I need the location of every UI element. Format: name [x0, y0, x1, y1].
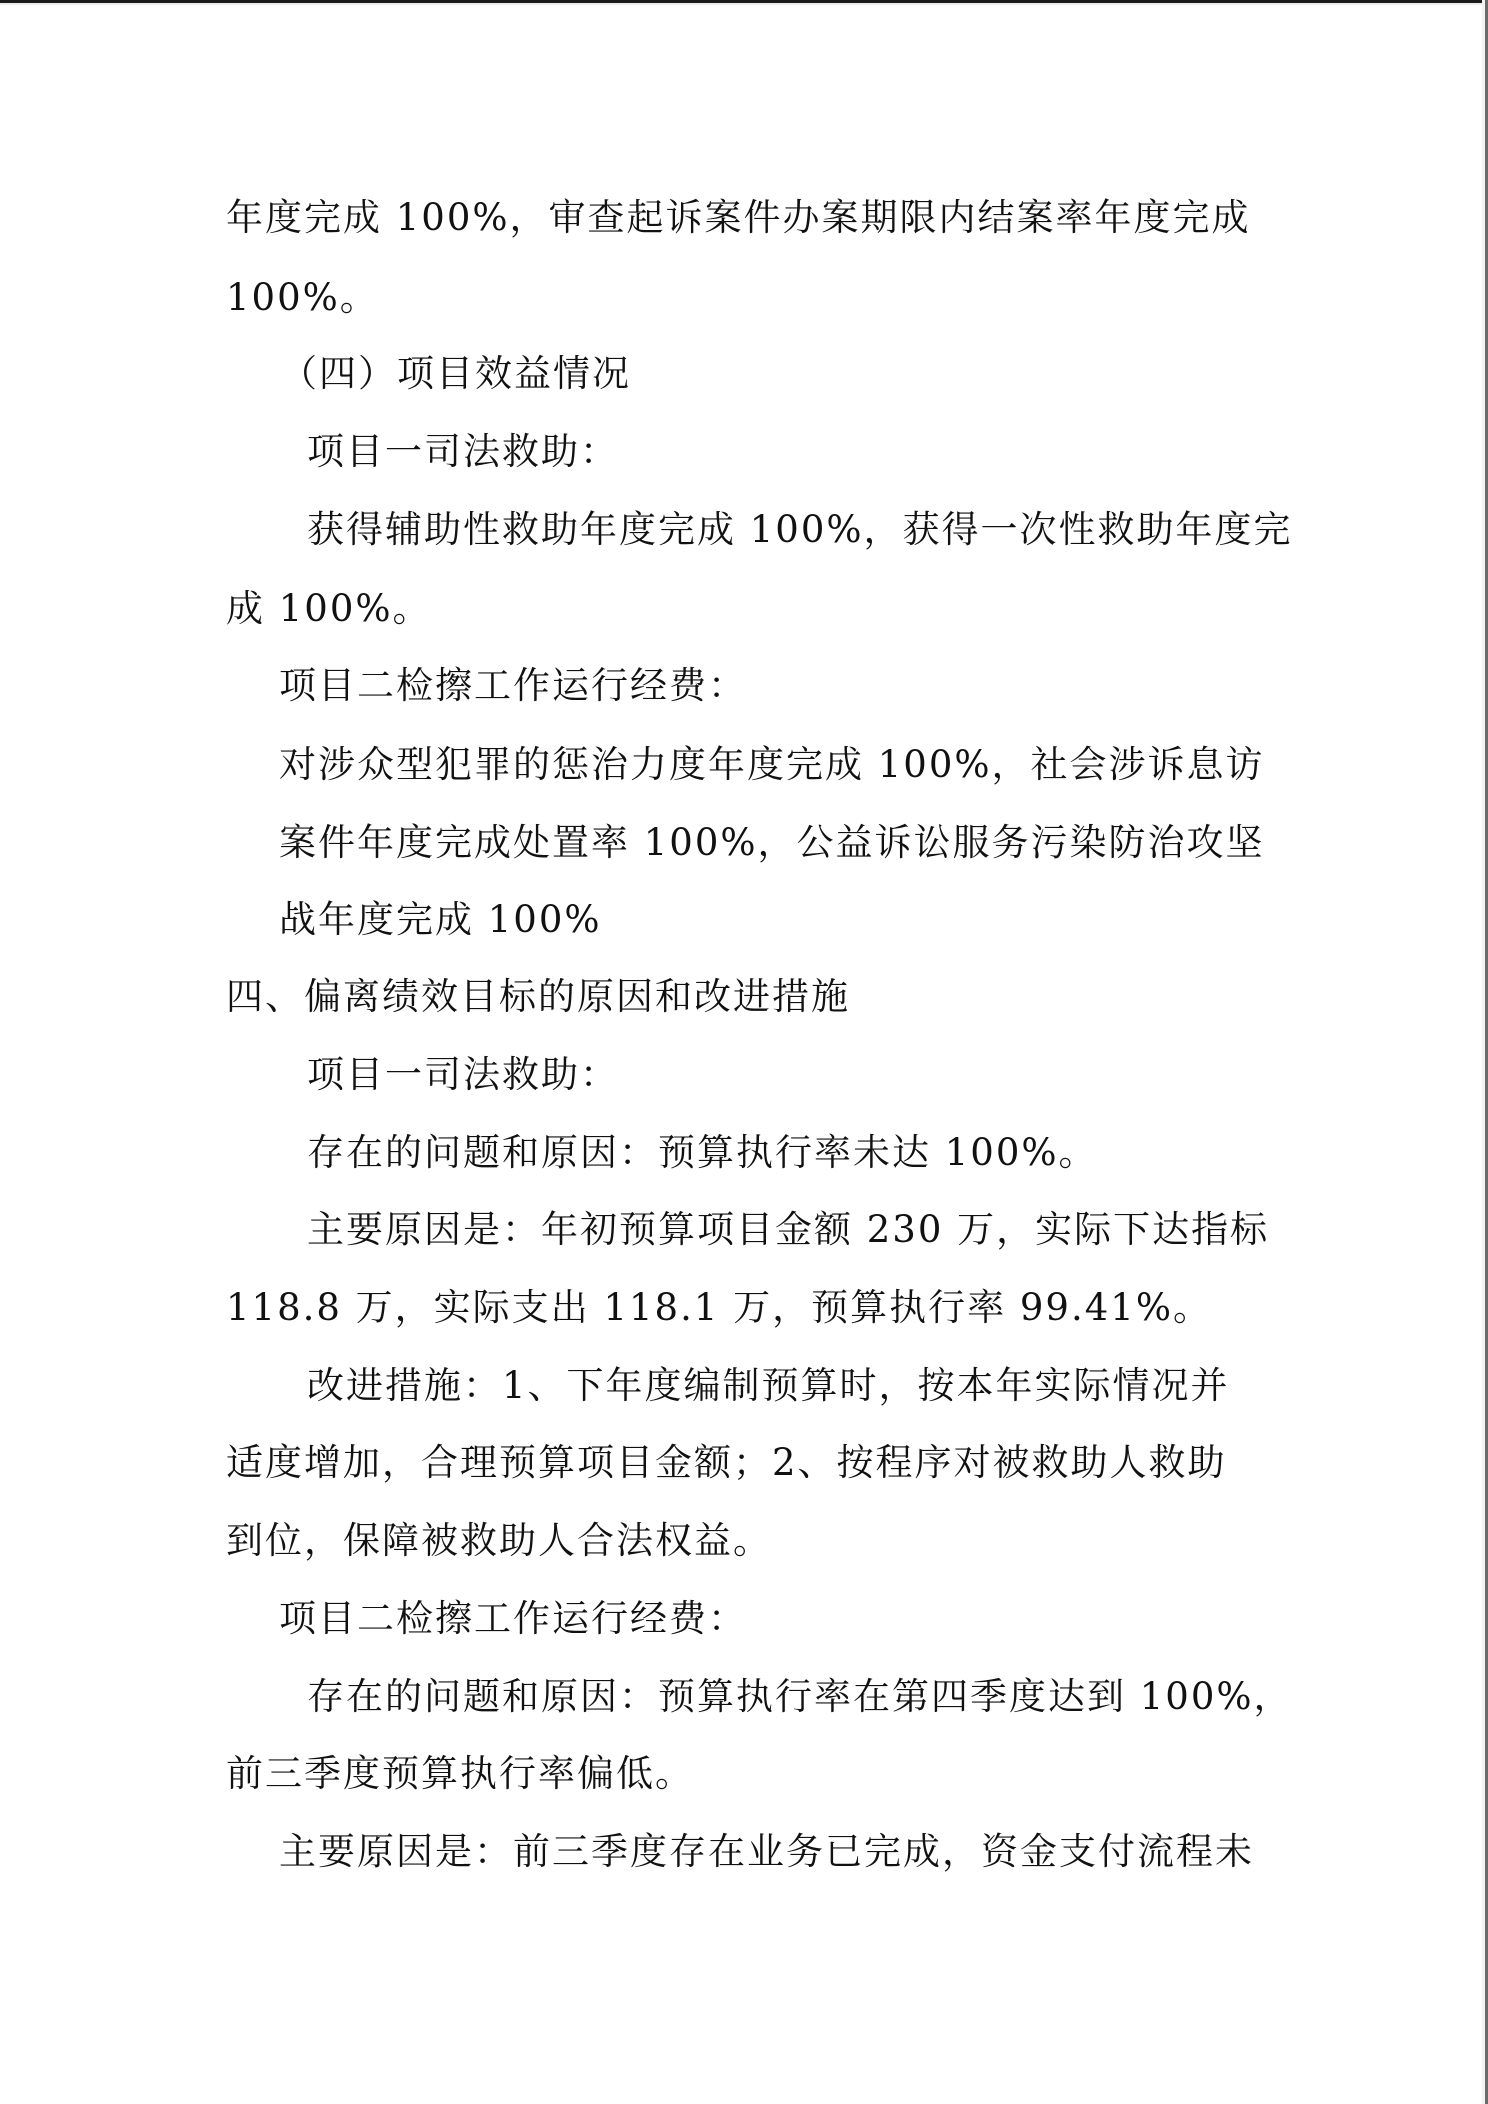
document-page: 年度完成 100%，审查起诉案件办案期限内结案率年度完成 100%。 （四）项目…	[0, 0, 1488, 2104]
body-line-continuation: 118.8 万，实际支出 118.1 万，预算执行率 99.41%。	[226, 1286, 1212, 1330]
body-line: 改进措施：1、下年度编制预算时，按本年实际情况并	[307, 1364, 1230, 1408]
section-heading-deviation-reasons: 四、偏离绩效目标的原因和改进措施	[226, 975, 850, 1019]
subsection-heading-project-benefits: （四）项目效益情况	[280, 352, 631, 396]
body-line: 获得辅助性救助年度完成 100%，获得一次性救助年度完	[307, 508, 1293, 552]
project-one-label: 项目一司法救助：	[307, 1053, 619, 1097]
body-line: 存在的问题和原因：预算执行率在第四季度达到 100%，	[307, 1675, 1293, 1719]
body-line-continuation: 到位，保障被救助人合法权益。	[226, 1519, 772, 1563]
body-line: 对涉众型犯罪的惩治力度年度完成 100%，社会涉诉息访	[279, 743, 1265, 787]
body-line-continuation: 年度完成 100%，审查起诉案件办案期限内结案率年度完成	[226, 196, 1251, 240]
body-line: 战年度完成 100%	[279, 898, 602, 942]
body-line-continuation: 成 100%。	[226, 587, 432, 631]
project-two-label: 项目二检擦工作运行经费：	[279, 1597, 747, 1641]
body-line: 主要原因是：年初预算项目金额 230 万，实际下达指标	[307, 1208, 1269, 1252]
project-one-label: 项目一司法救助：	[307, 430, 619, 474]
body-line-continuation: 适度增加，合理预算项目金额；2、按程序对被救助人救助	[226, 1441, 1227, 1485]
body-line: 存在的问题和原因：预算执行率未达 100%。	[307, 1131, 1098, 1175]
project-two-label: 项目二检擦工作运行经费：	[279, 664, 747, 708]
page-top-border-shadow	[0, 3, 1488, 5]
body-line: 案件年度完成处置率 100%，公益诉讼服务污染防治攻坚	[279, 821, 1265, 865]
body-line: 主要原因是：前三季度存在业务已完成，资金支付流程未	[279, 1830, 1254, 1874]
body-line-continuation: 100%。	[226, 276, 379, 320]
body-line-continuation: 前三季度预算执行率偏低。	[226, 1752, 694, 1796]
